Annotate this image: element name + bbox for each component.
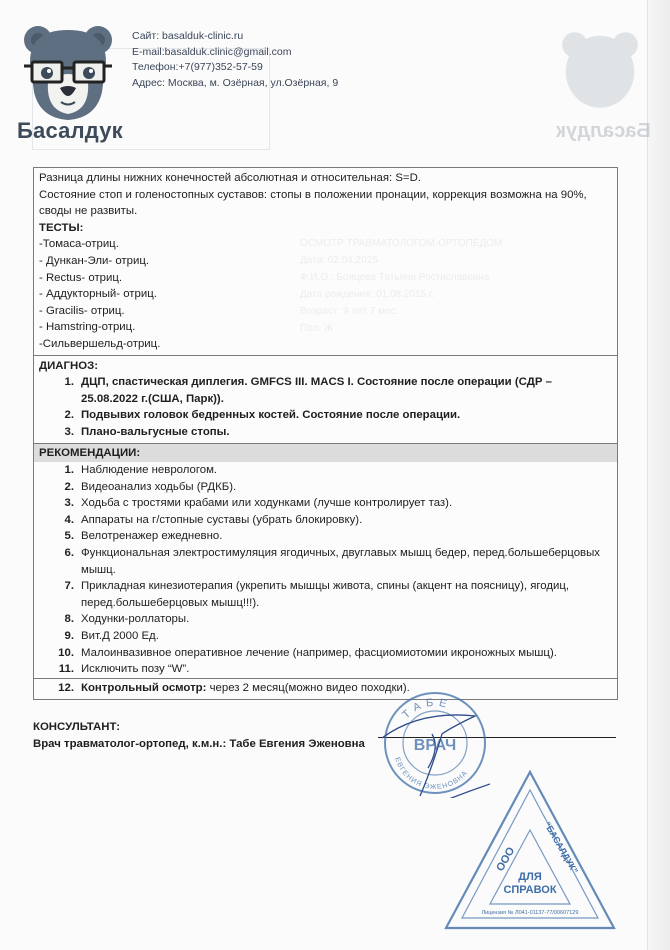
- test-item: - Аддукторный- отриц.: [39, 286, 612, 303]
- diagnosis-item: 3.Плано-вальгусные стопы.: [39, 424, 612, 441]
- diagnosis-list: 1.ДЦП, спастическая диплегия. GMFCS III.…: [39, 374, 612, 440]
- limb-length-text: Разница длины нижних конечностей абсолют…: [39, 170, 612, 187]
- diagnosis-item-num: 2.: [39, 407, 81, 424]
- clinic-contacts: Сайт: basalduk-clinic.ru E-mail:basalduk…: [132, 29, 338, 91]
- clinic-stamp-icon: ООО “БАСАЛДУК” ДЛЯ СПРАВОК Лицензия № Л0…: [440, 768, 620, 943]
- recommendation-item-text: Видеоанализ ходьбы (РДКБ).: [81, 479, 612, 496]
- diagnosis-item: 2.Подвывих головок бедренных костей. Сос…: [39, 407, 612, 424]
- recommendation-item: 10.Малоинвазивное оперативное лечение (н…: [39, 645, 612, 662]
- control-exam-row: 12. Контрольный осмотр: через 2 месяц(мо…: [34, 678, 617, 698]
- control-label: Контрольный осмотр:: [81, 682, 206, 694]
- report-table: Разница длины нижних конечностей абсолют…: [33, 167, 618, 700]
- diagnosis-section: ДИАГНОЗ: 1.ДЦП, спастическая диплегия. G…: [34, 356, 617, 444]
- recommendation-item-text: Вит.Д 2000 Ед.: [81, 628, 612, 645]
- recommendation-item-num: 8.: [39, 611, 81, 628]
- recommendation-item-num: 5.: [39, 528, 81, 545]
- recommendations-title: РЕКОМЕНДАЦИИ:: [34, 444, 617, 463]
- recommendation-item: 5.Велотренажер ежедневно.: [39, 528, 612, 545]
- recommendations-list: 1.Наблюдение неврологом.2.Видеоанализ хо…: [39, 462, 612, 678]
- recommendation-item-text: Наблюдение неврологом.: [81, 462, 612, 479]
- control-num: 12.: [39, 680, 81, 697]
- recommendation-item-text: Велотренажер ежедневно.: [81, 528, 612, 545]
- recommendation-item-text: Малоинвазивное оперативное лечение (напр…: [81, 645, 612, 662]
- diagnosis-item-num: 3.: [39, 424, 81, 441]
- recommendations-section: РЕКОМЕНДАЦИИ: 1.Наблюдение неврологом.2.…: [34, 444, 617, 700]
- recommendation-item: 2.Видеоанализ ходьбы (РДКБ).: [39, 479, 612, 496]
- recommendation-item-text: Ходунки-роллаторы.: [81, 611, 612, 628]
- recommendation-item-num: 9.: [39, 628, 81, 645]
- recommendation-item-num: 10.: [39, 645, 81, 662]
- recommendation-item: 11.Исключить позу “W”.: [39, 661, 612, 678]
- recommendation-item: 6.Функциональная электростимуляция ягоди…: [39, 545, 612, 578]
- test-item: - Gracilis- отриц.: [39, 303, 612, 320]
- recommendation-item-num: 1.: [39, 462, 81, 479]
- recommendation-item-num: 4.: [39, 512, 81, 529]
- diagnosis-item-text: Плано-вальгусные стопы.: [81, 424, 612, 441]
- diagnosis-item-text: Подвывих головок бедренных костей. Состо…: [81, 407, 612, 424]
- feet-state-text: Состояние стоп и голеностопных суставов:…: [39, 187, 612, 220]
- recommendation-item-text: Исключить позу “W”.: [81, 661, 612, 678]
- test-item: -Сильвершельд-отриц.: [39, 336, 612, 353]
- diagnosis-item-text: ДЦП, спастическая диплегия. GMFCS III. M…: [81, 374, 612, 407]
- recommendation-item: 8.Ходунки-роллаторы.: [39, 611, 612, 628]
- phone-text: Телефон:+7(977)352-57-59: [132, 60, 338, 76]
- diagnosis-title: ДИАГНОЗ:: [39, 358, 612, 375]
- consultant-doctor: Врач травматолог-ортопед, к.м.н.: Табе Е…: [33, 736, 365, 753]
- recommendation-item-num: 3.: [39, 495, 81, 512]
- recommendation-item-num: 6.: [39, 545, 81, 578]
- recommendation-item-num: 2.: [39, 479, 81, 496]
- recommendation-item-num: 7.: [39, 578, 81, 611]
- recommendation-item-text: Аппараты на г/стопные суставы (убрать бл…: [81, 512, 612, 529]
- brand-name: Басалдук: [17, 118, 123, 144]
- recommendation-item: 9.Вит.Д 2000 Ед.: [39, 628, 612, 645]
- diagnosis-item: 1.ДЦП, спастическая диплегия. GMFCS III.…: [39, 374, 612, 407]
- test-item: - Hamstring-отриц.: [39, 319, 612, 336]
- recommendation-item: 7.Прикладная кинезиотерапия (укрепить мы…: [39, 578, 612, 611]
- consultant-block: КОНСУЛЬТАНТ: Врач травматолог-ортопед, к…: [33, 719, 365, 753]
- svg-text:ДЛЯ: ДЛЯ: [518, 871, 542, 883]
- email-link[interactable]: E-mail:basalduk.clinic@gmail.com: [132, 45, 338, 61]
- consultant-title: КОНСУЛЬТАНТ:: [33, 719, 365, 736]
- recommendation-item: 3.Ходьба с тростями крабами или ходункам…: [39, 495, 612, 512]
- diagnosis-item-num: 1.: [39, 374, 81, 407]
- test-item: - Дункан-Эли- отриц.: [39, 253, 612, 270]
- recommendation-item-text: Прикладная кинезиотерапия (укрепить мышц…: [81, 578, 612, 611]
- recommendation-item: 4.Аппараты на г/стопные суставы (убрать …: [39, 512, 612, 529]
- svg-text:СПРАВОК: СПРАВОК: [503, 884, 556, 896]
- site-link[interactable]: Сайт: basalduk-clinic.ru: [132, 29, 338, 45]
- tests-list: -Томаса-отриц.- Дункан-Эли- отриц.- Rect…: [39, 236, 612, 352]
- recommendation-item: 1.Наблюдение неврологом.: [39, 462, 612, 479]
- ghost-bear-logo: [555, 25, 645, 120]
- test-item: -Томаса-отриц.: [39, 236, 612, 253]
- address-text: Адрес: Москва, м. Озёрная, ул.Озёрная, 9: [132, 76, 338, 92]
- exam-section: Разница длины нижних конечностей абсолют…: [34, 168, 617, 356]
- recommendation-item-num: 11.: [39, 661, 81, 678]
- tests-title: ТЕСТЫ:: [39, 220, 612, 237]
- recommendation-item-text: Функциональная электростимуляция ягодичн…: [81, 545, 612, 578]
- recommendation-item-text: Ходьба с тростями крабами или ходунками …: [81, 495, 612, 512]
- ghost-brand: Басалдук: [556, 120, 651, 143]
- svg-text:Лицензия № Л041-01137-77/00607: Лицензия № Л041-01137-77/00607129: [482, 910, 579, 916]
- test-item: - Rectus- отриц.: [39, 270, 612, 287]
